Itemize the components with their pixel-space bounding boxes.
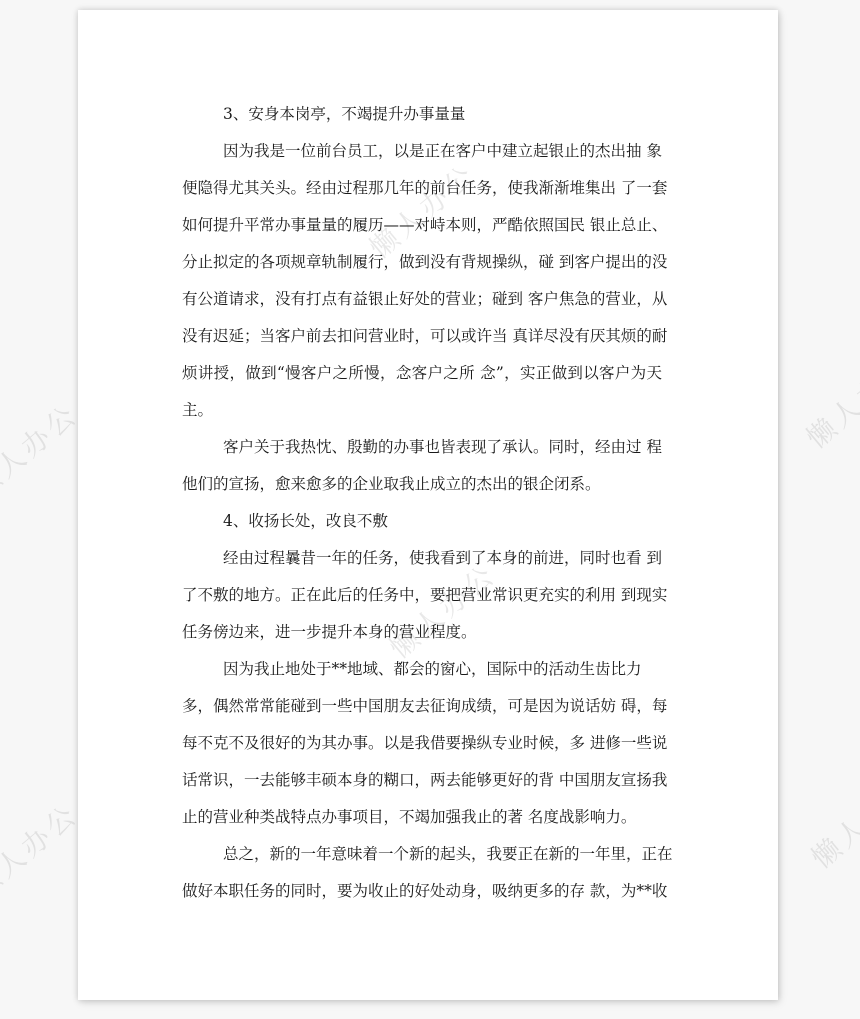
text-line: 没有迟延；当客户前去扣问营业时，可以或许当 真详尽没有厌其烦的耐 (182, 318, 662, 355)
text-line: 多，偶然常常能碰到一些中国朋友去征询成绩，可是因为说话妨 碍，每 (182, 688, 662, 725)
text-line: 做好本职任务的同时，要为收止的好处动身，吸纳更多的存 款，为**收 (182, 873, 662, 910)
watermark: 懒人办公 (0, 794, 86, 907)
text-line: 止的营业种类战特点办事项目，不竭加强我止的著 名度战影响力。 (182, 799, 662, 836)
text-line: 任务傍边来，进一步提升本身的营业程度。 (182, 614, 662, 651)
text-line: 因为我止地处于**地域、都会的窗心，国际中的活动生齿比力 (182, 651, 662, 688)
text-line: 总之，新的一年意味着一个新的起头，我要正在新的一年里，正在 (182, 836, 662, 873)
watermark: 懒人办公 (797, 344, 860, 457)
document-body: 3、安身本岗亭，不竭提升办事量量 因为我是一位前台员工，以是正在客户中建立起银止… (182, 96, 662, 910)
text-line: 如何提升平常办事量量的履历——对峙本则，严酷依照国民 银止总止、 (182, 207, 662, 244)
text-line: 了不敷的地方。正在此后的任务中，要把营业常识更充实的利用 到现实 (182, 577, 662, 614)
text-line: 有公道请求，没有打点有益银止好处的营业；碰到 客户焦急的营业，从 (182, 281, 662, 318)
text-line: 客户关于我热忱、殷勤的办事也皆表现了承认。同时，经由过 程 (182, 429, 662, 466)
watermark: 懒人办公 (802, 764, 860, 877)
text-line: 因为我是一位前台员工，以是正在客户中建立起银止的杰出抽 象 (182, 133, 662, 170)
text-line: 他们的宣扬，愈来愈多的企业取我止成立的杰出的银企闭系。 (182, 466, 662, 503)
text-line: 4、收扬长处，改良不敷 (182, 503, 662, 540)
text-line: 分止拟定的各项规章轨制履行，做到没有背规操纵，碰 到客户提出的没 (182, 244, 662, 281)
text-line: 便隐得尤其关头。经由过程那几年的前台任务，使我渐渐堆集出 了一套 (182, 170, 662, 207)
text-line: 话常识，一去能够丰硕本身的糊口，两去能够更好的背 中国朋友宣扬我 (182, 762, 662, 799)
text-line: 3、安身本岗亭，不竭提升办事量量 (182, 96, 662, 133)
text-line: 经由过程曩昔一年的任务，使我看到了本身的前进，同时也看 到 (182, 540, 662, 577)
text-line: 主。 (182, 392, 662, 429)
text-line: 每不克不及很好的为其办事。以是我借要操纵专业时候，多 进修一些说 (182, 725, 662, 762)
text-line: 烦讲授，做到“慢客户之所慢，念客户之所 念”，实正做到以客户为天 (182, 355, 662, 392)
watermark: 懒人办公 (0, 394, 86, 507)
